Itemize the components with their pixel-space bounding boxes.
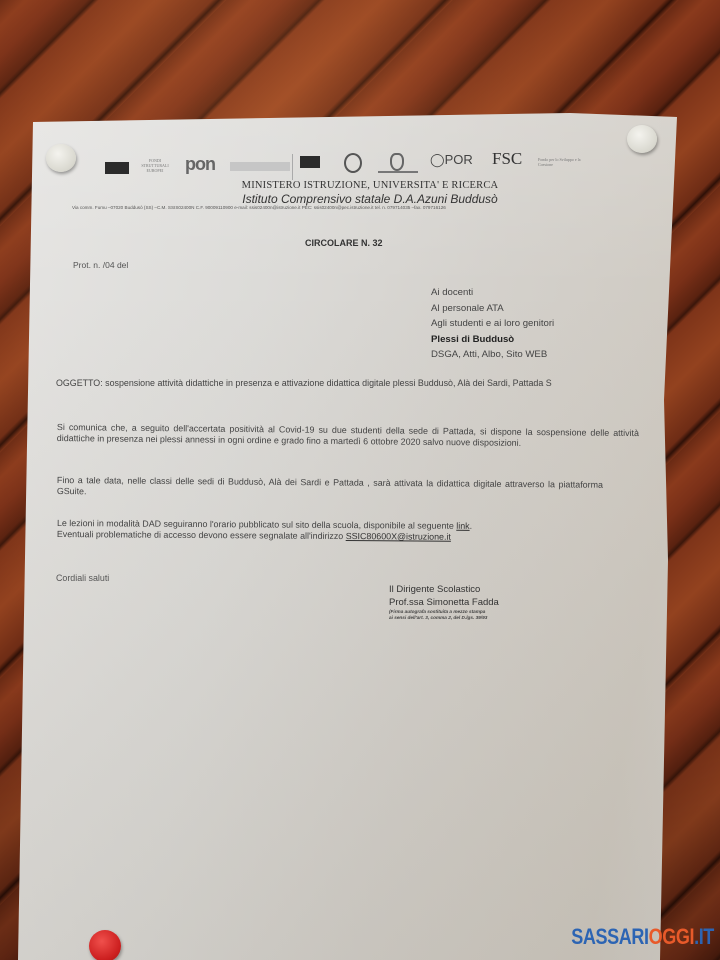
recipients-list: Ai docenti Al personale ATA Agli student… <box>431 285 554 363</box>
pon-bar-icon <box>230 162 290 171</box>
subject-line: OGGETTO: sospensione attività didattiche… <box>56 378 616 389</box>
watermark-part: SASSARI <box>571 924 648 949</box>
paragraph: Fino a tale data, nelle classi delle sed… <box>57 475 603 502</box>
recipient: Ai docenti <box>431 285 554 301</box>
closing-greeting: Cordiali saluti <box>56 573 109 583</box>
fsc-note-icon: Fondo per lo Sviluppo e la Coesione <box>538 157 593 167</box>
contact-email-link[interactable]: SSIC80600X@istruzione.it <box>346 531 451 542</box>
pon-logo-icon: pon <box>185 154 215 175</box>
document-title: CIRCOLARE N. 32 <box>305 238 383 248</box>
eu-flag-icon <box>105 162 129 174</box>
protocol-number: Prot. n. /04 del <box>73 260 128 270</box>
paragraph-text: . <box>470 521 473 531</box>
paragraph-text: Eventuali problematiche di accesso devon… <box>57 529 346 541</box>
por-logo-icon: ◯POR <box>430 152 473 168</box>
sassarioggi-watermark: SASSARIOGGI.IT <box>571 924 714 950</box>
signatory-role: Il Dirigente Scolastico <box>389 583 499 596</box>
recipient: Plessi di Buddusò <box>431 332 554 348</box>
fsc-logo-icon: FSC <box>492 149 522 169</box>
watermark-part: .IT <box>694 924 714 949</box>
pon-fund-text-icon: FONDI STRUTTURALI EUROPEI <box>135 158 175 176</box>
recipient: Agli studenti e ai loro genitori <box>431 316 554 332</box>
italian-republic-emblem-icon <box>344 153 362 173</box>
signature-block: Il Dirigente Scolastico Prof.ssa Simonet… <box>389 583 499 621</box>
watermark-part: OGGI <box>649 924 694 949</box>
recipient: Al personale ATA <box>431 301 554 317</box>
paragraph: Le lezioni in modalità DAD seguiranno l'… <box>57 518 617 544</box>
sardinia-region-emblem-icon <box>390 153 404 171</box>
institute-address: Via comm. Fumu –07020 Buddusò (SS) –C.M.… <box>72 205 617 210</box>
schedule-link[interactable]: link <box>456 521 469 531</box>
paragraph: Si comunica che, a seguito dell'accertat… <box>57 422 639 450</box>
institute-name: Istituto Comprensivo statale D.A.Azuni B… <box>0 192 720 206</box>
letterhead-logos: FONDI STRUTTURALI EUROPEI pon ◯POR FSC F… <box>100 150 600 180</box>
region-bar-icon <box>378 171 418 173</box>
eu-flag-icon <box>300 156 320 168</box>
recipient: DSGA, Atti, Albo, Sito WEB <box>431 347 554 363</box>
circular-document: FONDI STRUTTURALI EUROPEI pon ◯POR FSC F… <box>0 0 720 960</box>
logo-divider <box>292 154 293 180</box>
signatory-name: Prof.ssa Simonetta Fadda <box>389 596 499 609</box>
signature-note: ai sensi dell'art. 3, comma 2, del D.lgs… <box>389 615 499 621</box>
ministry-heading: MINISTERO ISTRUZIONE, UNIVERSITA' E RICE… <box>0 180 720 191</box>
